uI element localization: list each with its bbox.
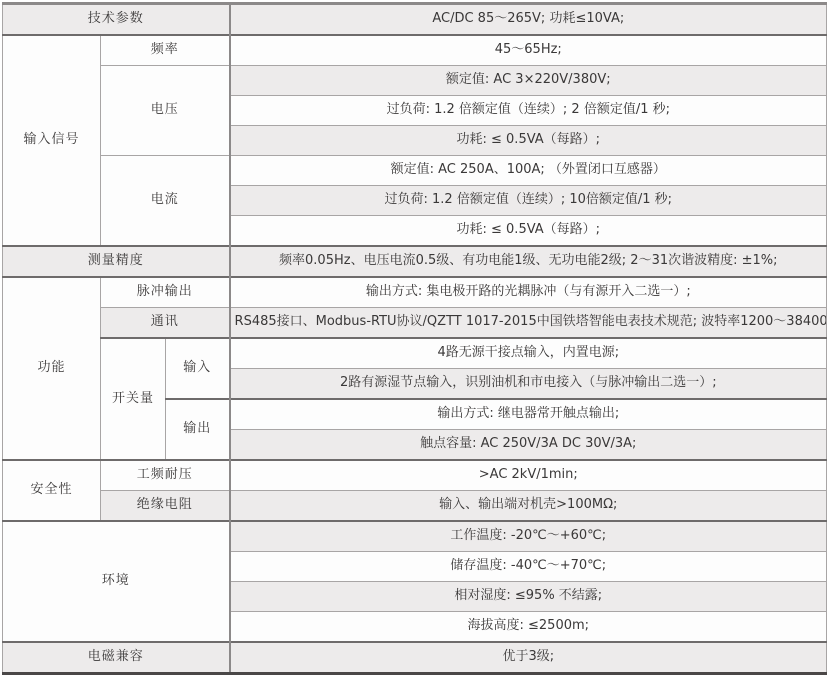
table-row: 环境 工作温度: -20℃～+60℃; — [3, 521, 827, 552]
table-row: 技术参数 AC/DC 85～265V; 功耗≤10VA; — [3, 4, 827, 36]
voltage-rated-value: 额定值: AC 3×220V/380V; — [230, 66, 827, 96]
withstand-value: >AC 2kV/1min; — [230, 460, 827, 491]
pulse-output-label: 脉冲输出 — [101, 277, 230, 308]
table-row: 通讯 RS485接口、Modbus-RTU协议/QZTT 1017-2015中国… — [3, 308, 827, 339]
insulation-value: 输入、输出端对机壳>100MΩ; — [230, 491, 827, 522]
safety-label: 安全性 — [3, 460, 101, 521]
current-power-value: 功耗: ≤ 0.5VA（每路）; — [230, 216, 827, 247]
environment-label: 环境 — [3, 521, 230, 642]
table-row: 绝缘电阻 输入、输出端对机壳>100MΩ; — [3, 491, 827, 522]
switch-io-label: 开关量 — [101, 338, 166, 460]
switch-out-label: 输出 — [166, 399, 230, 460]
pulse-output-value: 输出方式: 集电极开路的光耦脉冲（与有源开入二选一）; — [230, 277, 827, 308]
switch-in-label: 输入 — [166, 338, 230, 399]
voltage-label: 电压 — [101, 66, 230, 156]
current-rated-value: 额定值: AC 250A、100A; （外置闭口互感器） — [230, 156, 827, 186]
altitude-value: 海拔高度: ≤2500m; — [230, 612, 827, 643]
switch-out-value-1: 输出方式: 继电器常开触点输出; — [230, 399, 827, 430]
measure-accuracy-label: 测量精度 — [3, 246, 230, 277]
table-row: 开关量 输入 4路无源干接点输入，内置电源; — [3, 338, 827, 369]
table-row: 安全性 工频耐压 >AC 2kV/1min; — [3, 460, 827, 491]
table-row: 电磁兼容 优于3级; — [3, 642, 827, 653]
spec-sheet: 技术参数 AC/DC 85～265V; 功耗≤10VA; 输入信号 频率 45～… — [2, 2, 826, 653]
emc-value: 优于3级; — [230, 642, 827, 653]
voltage-power-value: 功耗: ≤ 0.5VA（每路）; — [230, 126, 827, 156]
comm-label: 通讯 — [101, 308, 230, 339]
storage-temp-value: 储存温度: -40℃～+70℃; — [230, 552, 827, 582]
power-supply-value: AC/DC 85～265V; 功耗≤10VA; — [230, 4, 827, 36]
switch-in-value-1: 4路无源干接点输入，内置电源; — [230, 338, 827, 369]
switch-out-value-2: 触点容量: AC 250V/3A DC 30V/3A; — [230, 430, 827, 461]
voltage-overload-value: 过负荷: 1.2 倍额定值（连续）; 2 倍额定值/1 秒; — [230, 96, 827, 126]
table-row: 测量精度 频率0.05Hz、电压电流0.5级、有功电能1级、无功电能2级; 2～… — [3, 246, 827, 277]
current-overload-value: 过负荷: 1.2 倍额定值（连续）; 10倍额定值/1 秒; — [230, 186, 827, 216]
spec-table: 技术参数 AC/DC 85～265V; 功耗≤10VA; 输入信号 频率 45～… — [2, 2, 827, 653]
table-row: 输入信号 频率 45～65Hz; — [3, 35, 827, 66]
accuracy-value: 频率0.05Hz、电压电流0.5级、有功电能1级、无功电能2级; 2～31次谐波… — [230, 246, 827, 277]
frequency-label: 频率 — [101, 35, 230, 66]
work-temp-value: 工作温度: -20℃～+60℃; — [230, 521, 827, 552]
input-signal-label: 输入信号 — [3, 35, 101, 246]
insulation-label: 绝缘电阻 — [101, 491, 230, 522]
comm-value: RS485接口、Modbus-RTU协议/QZTT 1017-2015中国铁塔智… — [230, 308, 827, 339]
emc-label: 电磁兼容 — [3, 642, 230, 653]
function-label: 功能 — [3, 277, 101, 460]
switch-in-value-2: 2路有源湿节点输入，识别油机和市电接入（与脉冲输出二选一）; — [230, 369, 827, 400]
table-row: 电流 额定值: AC 250A、100A; （外置闭口互感器） — [3, 156, 827, 186]
frequency-value: 45～65Hz; — [230, 35, 827, 66]
current-label: 电流 — [101, 156, 230, 247]
table-row: 功能 脉冲输出 输出方式: 集电极开路的光耦脉冲（与有源开入二选一）; — [3, 277, 827, 308]
humidity-value: 相对湿度: ≤95% 不结露; — [230, 582, 827, 612]
tech-params-label: 技术参数 — [3, 4, 230, 36]
table-row: 电压 额定值: AC 3×220V/380V; — [3, 66, 827, 96]
withstand-label: 工频耐压 — [101, 460, 230, 491]
